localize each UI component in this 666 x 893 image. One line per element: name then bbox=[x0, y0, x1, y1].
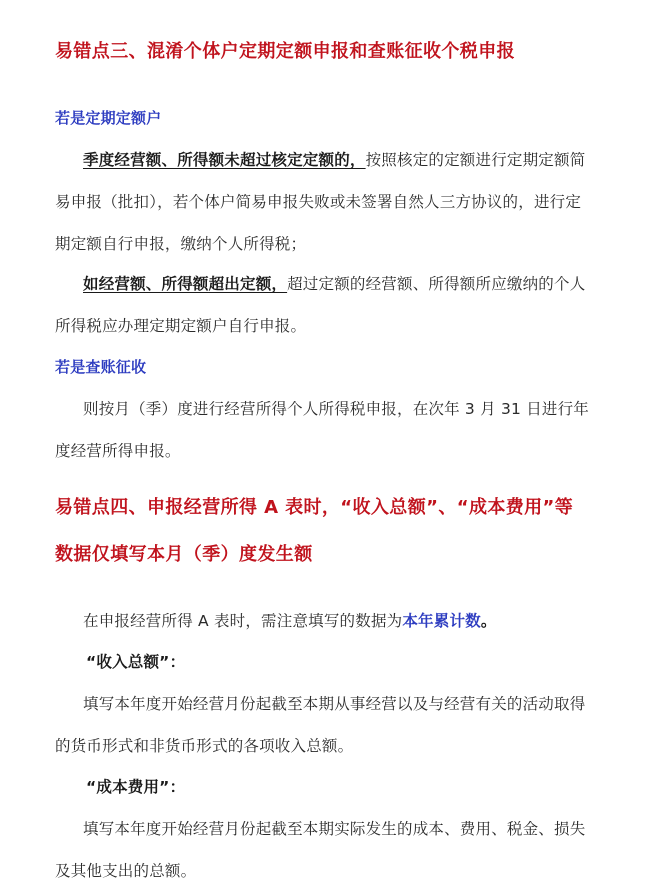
fixed-quota-emphasis-1: 季度经营额、所得额未超过核定定额的， bbox=[83, 151, 366, 169]
fixed-quota-p1-text: 按照核定的定额进行定期定额简 bbox=[366, 151, 586, 169]
audit-collection-paragraph-line-2: 度经营所得申报。 bbox=[55, 441, 181, 461]
section3-heading: 易错点三、混淆个体户定期定额申报和查账征收个税申报 bbox=[55, 40, 515, 64]
section4-intro-emphasis: 本年累计数 bbox=[402, 612, 481, 630]
cost-expense-line-1: 填写本年度开始经营月份起截至本期实际发生的成本、费用、税金、损失 bbox=[83, 819, 585, 839]
fixed-quota-paragraph-2-line-1: 如经营额、所得额超出定额，超过定额的经营额、所得额所应缴纳的个人 bbox=[83, 274, 585, 294]
section4-heading-line-1: 易错点四、申报经营所得 A 表时，“收入总额”、“成本费用”等 bbox=[55, 496, 573, 520]
income-total-label: “收入总额”： bbox=[86, 652, 185, 672]
fixed-quota-paragraph-1-line-3: 期定额自行申报，缴纳个人所得税； bbox=[55, 234, 306, 254]
income-total-line-1: 填写本年度开始经营月份起截至本期从事经营以及与经营有关的活动取得 bbox=[83, 694, 585, 714]
section4-intro: 在申报经营所得 A 表时，需注意填写的数据为本年累计数。 bbox=[83, 611, 497, 631]
income-total-line-2: 的货币形式和非货币形式的各项收入总额。 bbox=[55, 736, 353, 756]
fixed-quota-paragraph-1-line-1: 季度经营额、所得额未超过核定定额的，按照核定的定额进行定期定额简 bbox=[83, 150, 585, 170]
section4-intro-prefix: 在申报经营所得 A 表时，需注意填写的数据为 bbox=[83, 612, 402, 630]
section4-heading-line-2: 数据仅填写本月（季）度发生额 bbox=[55, 543, 313, 567]
cost-expense-line-2: 及其他支出的总额。 bbox=[55, 861, 196, 881]
document-page: 易错点三、混淆个体户定期定额申报和查账征收个税申报 若是定期定额户 季度经营额、… bbox=[0, 0, 666, 893]
audit-collection-paragraph-line-1: 则按月（季）度进行经营所得个人所得税申报，在次年 3 月 31 日进行年 bbox=[83, 399, 589, 419]
fixed-quota-p2-text: 超过定额的经营额、所得额所应缴纳的个人 bbox=[287, 275, 585, 293]
fixed-quota-paragraph-1-line-2: 易申报（批扣），若个体户简易申报失败或未签署自然人三方协议的，进行定 bbox=[55, 192, 581, 212]
fixed-quota-subheading: 若是定期定额户 bbox=[55, 108, 161, 128]
fixed-quota-emphasis-2: 如经营额、所得额超出定额， bbox=[83, 275, 287, 293]
fixed-quota-paragraph-2-line-2: 所得税应办理定期定额户自行申报。 bbox=[55, 316, 306, 336]
cost-expense-label: “成本费用”： bbox=[86, 777, 185, 797]
section4-intro-suffix: 。 bbox=[481, 612, 497, 630]
audit-collection-subheading: 若是查账征收 bbox=[55, 357, 146, 377]
